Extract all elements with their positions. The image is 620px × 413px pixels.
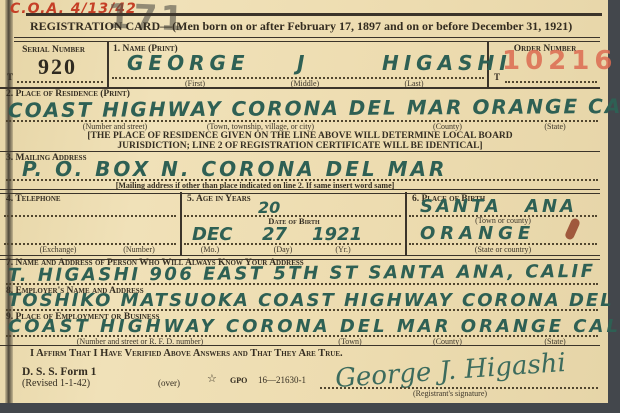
- telephone-sublabel-exchange: (Exchange): [18, 245, 98, 254]
- name-first-handwriting: GEORGE: [127, 51, 250, 75]
- residence-note-line2: JURISDICTION; LINE 2 OF REGISTRATION CER…: [0, 141, 600, 151]
- row3-bottom-rule: [0, 189, 600, 194]
- order-dotted-line: [505, 81, 597, 83]
- title-divider: [14, 37, 600, 42]
- birthplace-sublabel-state: (State or country): [409, 245, 597, 254]
- row9-bottom-rule: [0, 345, 600, 346]
- employer-handwriting: TOSHIKO MATSUOKA COAST HIGHWAY CORONA DE…: [8, 290, 620, 311]
- order-number-stamp: 10216: [502, 46, 617, 76]
- card-top-border: [26, 13, 602, 16]
- birthplace-town-handwriting: SANTA ANA: [420, 196, 577, 217]
- row1-divider-left: [107, 42, 109, 88]
- dob-sublabel-day: (Day): [258, 245, 308, 254]
- residence-sublabel-state: (State): [520, 122, 590, 131]
- dob-year-handwriting: 1921: [312, 224, 362, 245]
- telephone-dotted-line1: [4, 215, 176, 217]
- residence-handwriting: COAST HIGHWAY CORONA DEL MAR ORANGE CALI…: [8, 94, 620, 123]
- residence-sublabel-county: (County): [410, 122, 485, 131]
- serial-dotted-line: [17, 81, 103, 83]
- signature-sublabel: (Registrant's signature): [370, 389, 530, 398]
- dob-month-handwriting: DEC: [192, 224, 232, 245]
- employer-dotted-line: [6, 309, 598, 311]
- residence-sublabel-street: (Number and street): [55, 122, 175, 131]
- telephone-sublabel-number: (Number): [102, 245, 176, 254]
- mailing-handwriting: P. O. BOX N. CORONA DEL MAR: [22, 157, 447, 181]
- dob-sublabel-mo: (Mo.): [185, 245, 235, 254]
- employment-handwriting: COAST HIGHWAY CORONA DEL MAR ORANGE CALI…: [8, 316, 620, 337]
- serial-number-value: 920: [10, 54, 105, 80]
- name-middle-handwriting: J: [297, 51, 304, 75]
- dob-sublabel-yr: (Yr.): [318, 245, 368, 254]
- serial-prefix: T: [7, 72, 13, 82]
- gpo-label: GPO: [230, 376, 247, 385]
- residence-sublabel-town: (Town, township, village, or city): [178, 122, 343, 131]
- card-title: REGISTRATION CARD—(Men born on or after …: [30, 19, 572, 34]
- order-prefix: T: [494, 72, 500, 82]
- row4-divider-left: [180, 192, 182, 255]
- residence-note-line1: [THE PLACE OF RESIDENCE GIVEN ON THE LIN…: [0, 131, 600, 141]
- name-last-handwriting: HIGASHI: [382, 51, 512, 75]
- row2-bottom-rule: [0, 151, 600, 152]
- row4-divider-right: [405, 192, 407, 255]
- dob-day-handwriting: 27: [262, 224, 287, 245]
- form-revision: (Revised 1-1-42): [22, 378, 90, 389]
- star-icon: ☆: [207, 372, 217, 385]
- form-name: D. S. S. Form 1: [22, 366, 96, 378]
- registration-card: C.O.A. 4/13/42 171 REGISTRATION CARD—(Me…: [0, 0, 608, 403]
- gpo-number: 16—21630-1: [258, 375, 306, 385]
- birthplace-state-handwriting: ORANGE: [420, 223, 535, 244]
- affirmation-text: I Affirm That I Have Verified Above Answ…: [30, 348, 343, 359]
- contact-dotted-line: [6, 283, 598, 285]
- over-note: (over): [158, 378, 180, 388]
- telephone-label: 4. Telephone: [6, 194, 61, 204]
- scanned-registration-card-page: { "annotations": { "coa": "C.O.A. 4/13/4…: [0, 0, 620, 413]
- age-label: 5. Age in Years: [187, 194, 251, 204]
